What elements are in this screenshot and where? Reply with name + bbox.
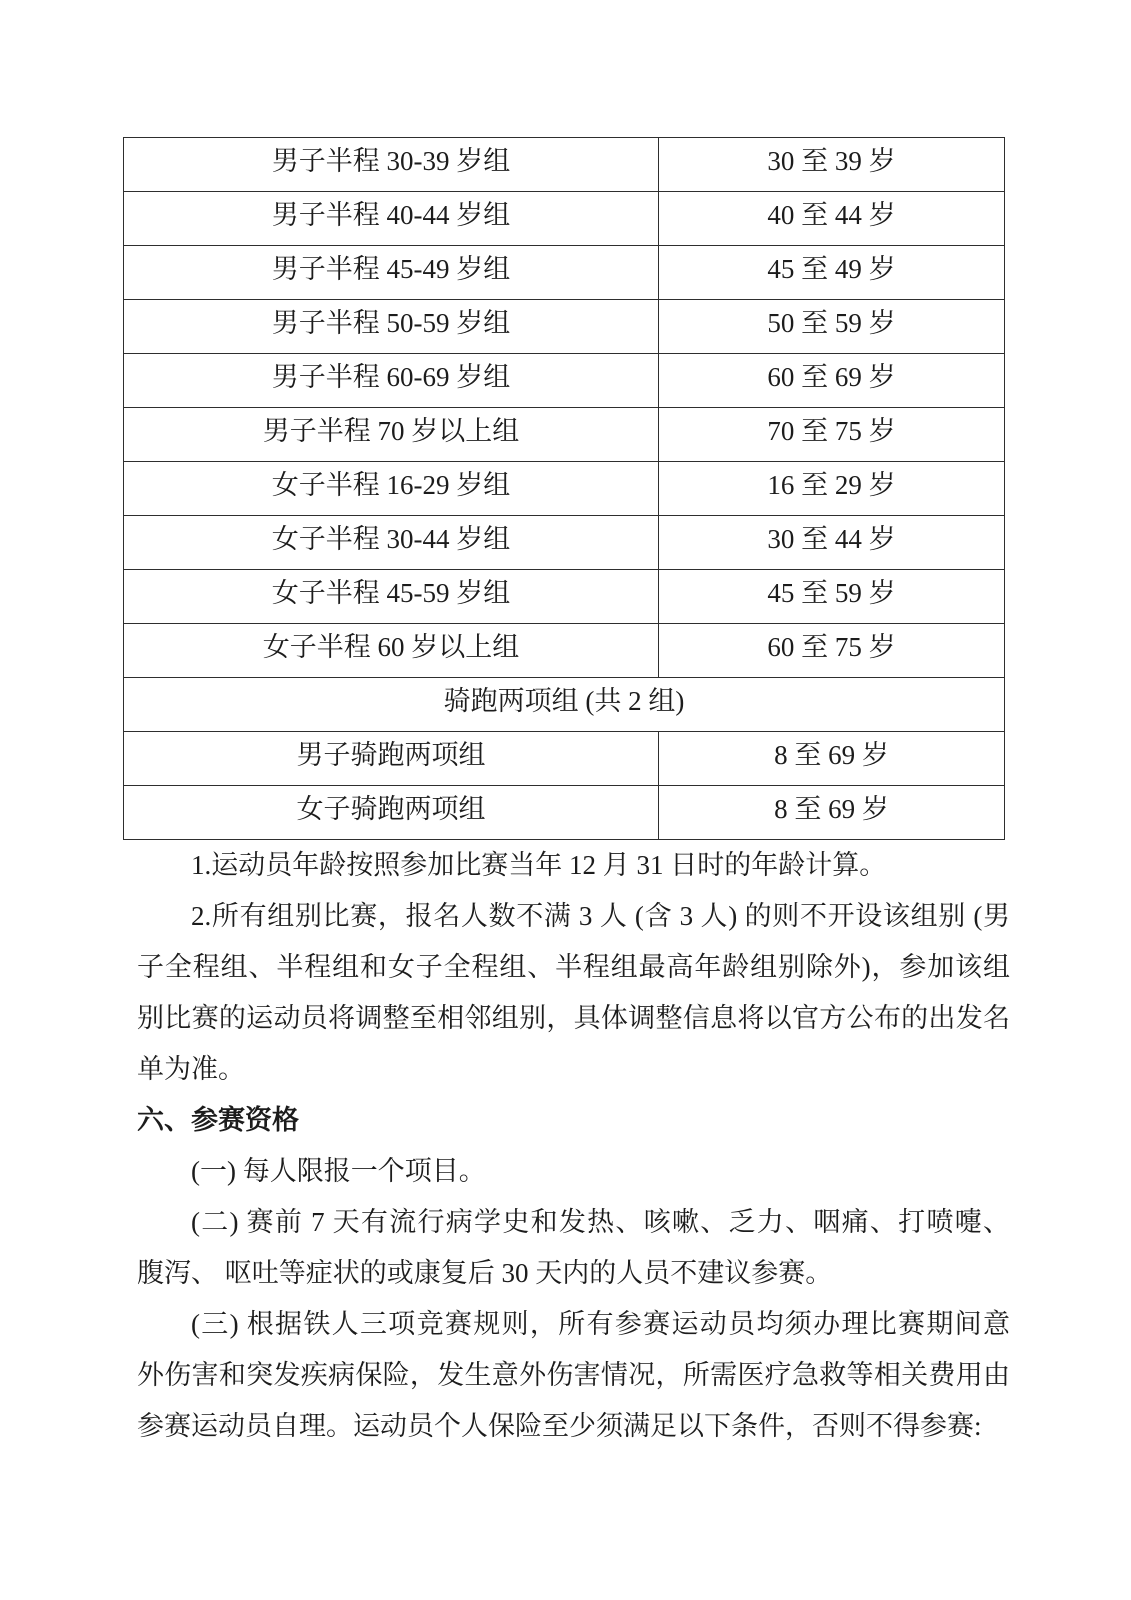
table-row: 男子骑跑两项组 8 至 69 岁 — [124, 732, 1005, 786]
age-cell: 60 至 69 岁 — [659, 354, 1005, 408]
note-group-merge-line-4: 单为准。 — [137, 1044, 1010, 1095]
group-cell: 男子半程 50-59 岁组 — [124, 300, 659, 354]
age-cell: 45 至 59 岁 — [659, 570, 1005, 624]
eligibility-item-2-line-2: 腹泻、 呕吐等症状的或康复后 30 天内的人员不建议参赛。 — [137, 1248, 1010, 1299]
group-cell: 男子骑跑两项组 — [124, 732, 659, 786]
age-cell: 40 至 44 岁 — [659, 192, 1005, 246]
group-cell: 女子半程 30-44 岁组 — [124, 516, 659, 570]
age-cell: 70 至 75 岁 — [659, 408, 1005, 462]
eligibility-item-2-line-1: (二) 赛前 7 天有流行病学史和发热、咳嗽、乏力、咽痛、打喷嚏、 — [137, 1197, 1010, 1248]
body-text: 1.运动员年龄按照参加比赛当年 12 月 31 日时的年龄计算。 2.所有组别比… — [137, 840, 1010, 1452]
group-cell: 男子半程 70 岁以上组 — [124, 408, 659, 462]
group-cell: 男子半程 40-44 岁组 — [124, 192, 659, 246]
note-group-merge-line-2: 子全程组、半程组和女子全程组、半程组最高年龄组别除外)，参加该组 — [137, 942, 1010, 993]
table-row-category: 骑跑两项组 (共 2 组) — [124, 678, 1005, 732]
group-cell: 男子半程 30-39 岁组 — [124, 138, 659, 192]
note-age-calculation: 1.运动员年龄按照参加比赛当年 12 月 31 日时的年龄计算。 — [137, 840, 1010, 891]
group-cell: 男子半程 60-69 岁组 — [124, 354, 659, 408]
group-cell: 女子半程 60 岁以上组 — [124, 624, 659, 678]
age-cell: 45 至 49 岁 — [659, 246, 1005, 300]
age-cell: 50 至 59 岁 — [659, 300, 1005, 354]
table-row: 男子半程 70 岁以上组 70 至 75 岁 — [124, 408, 1005, 462]
section-heading-eligibility: 六、参赛资格 — [137, 1095, 1010, 1146]
age-cell: 30 至 44 岁 — [659, 516, 1005, 570]
table-row: 男子半程 45-49 岁组 45 至 49 岁 — [124, 246, 1005, 300]
table-row: 男子半程 30-39 岁组 30 至 39 岁 — [124, 138, 1005, 192]
group-cell: 女子半程 16-29 岁组 — [124, 462, 659, 516]
table-row: 男子半程 40-44 岁组 40 至 44 岁 — [124, 192, 1005, 246]
eligibility-item-1: (一) 每人限报一个项目。 — [137, 1146, 1010, 1197]
table-row: 女子半程 16-29 岁组 16 至 29 岁 — [124, 462, 1005, 516]
age-cell: 30 至 39 岁 — [659, 138, 1005, 192]
age-cell: 8 至 69 岁 — [659, 732, 1005, 786]
table-row: 男子半程 60-69 岁组 60 至 69 岁 — [124, 354, 1005, 408]
eligibility-item-3-line-1: (三) 根据铁人三项竞赛规则，所有参赛运动员均须办理比赛期间意 — [137, 1299, 1010, 1350]
category-cell: 骑跑两项组 (共 2 组) — [124, 678, 1005, 732]
eligibility-item-3-line-2: 外伤害和突发疾病保险，发生意外伤害情况，所需医疗急救等相关费用由 — [137, 1350, 1010, 1401]
note-group-merge-line-1: 2.所有组别比赛，报名人数不满 3 人 (含 3 人) 的则不开设该组别 (男 — [137, 891, 1010, 942]
age-cell: 8 至 69 岁 — [659, 786, 1005, 840]
group-cell: 女子半程 45-59 岁组 — [124, 570, 659, 624]
table-row: 女子半程 45-59 岁组 45 至 59 岁 — [124, 570, 1005, 624]
table-row: 女子骑跑两项组 8 至 69 岁 — [124, 786, 1005, 840]
group-cell: 男子半程 45-49 岁组 — [124, 246, 659, 300]
group-cell: 女子骑跑两项组 — [124, 786, 659, 840]
age-cell: 60 至 75 岁 — [659, 624, 1005, 678]
age-group-table: 男子半程 30-39 岁组 30 至 39 岁 男子半程 40-44 岁组 40… — [123, 137, 1005, 840]
note-group-merge-line-3: 别比赛的运动员将调整至相邻组别，具体调整信息将以官方公布的出发名 — [137, 993, 1010, 1044]
eligibility-item-3-line-3: 参赛运动员自理。运动员个人保险至少须满足以下条件，否则不得参赛: — [137, 1401, 1010, 1452]
document-page: 男子半程 30-39 岁组 30 至 39 岁 男子半程 40-44 岁组 40… — [0, 0, 1131, 1600]
table-row: 男子半程 50-59 岁组 50 至 59 岁 — [124, 300, 1005, 354]
table-row: 女子半程 60 岁以上组 60 至 75 岁 — [124, 624, 1005, 678]
table-row: 女子半程 30-44 岁组 30 至 44 岁 — [124, 516, 1005, 570]
age-cell: 16 至 29 岁 — [659, 462, 1005, 516]
